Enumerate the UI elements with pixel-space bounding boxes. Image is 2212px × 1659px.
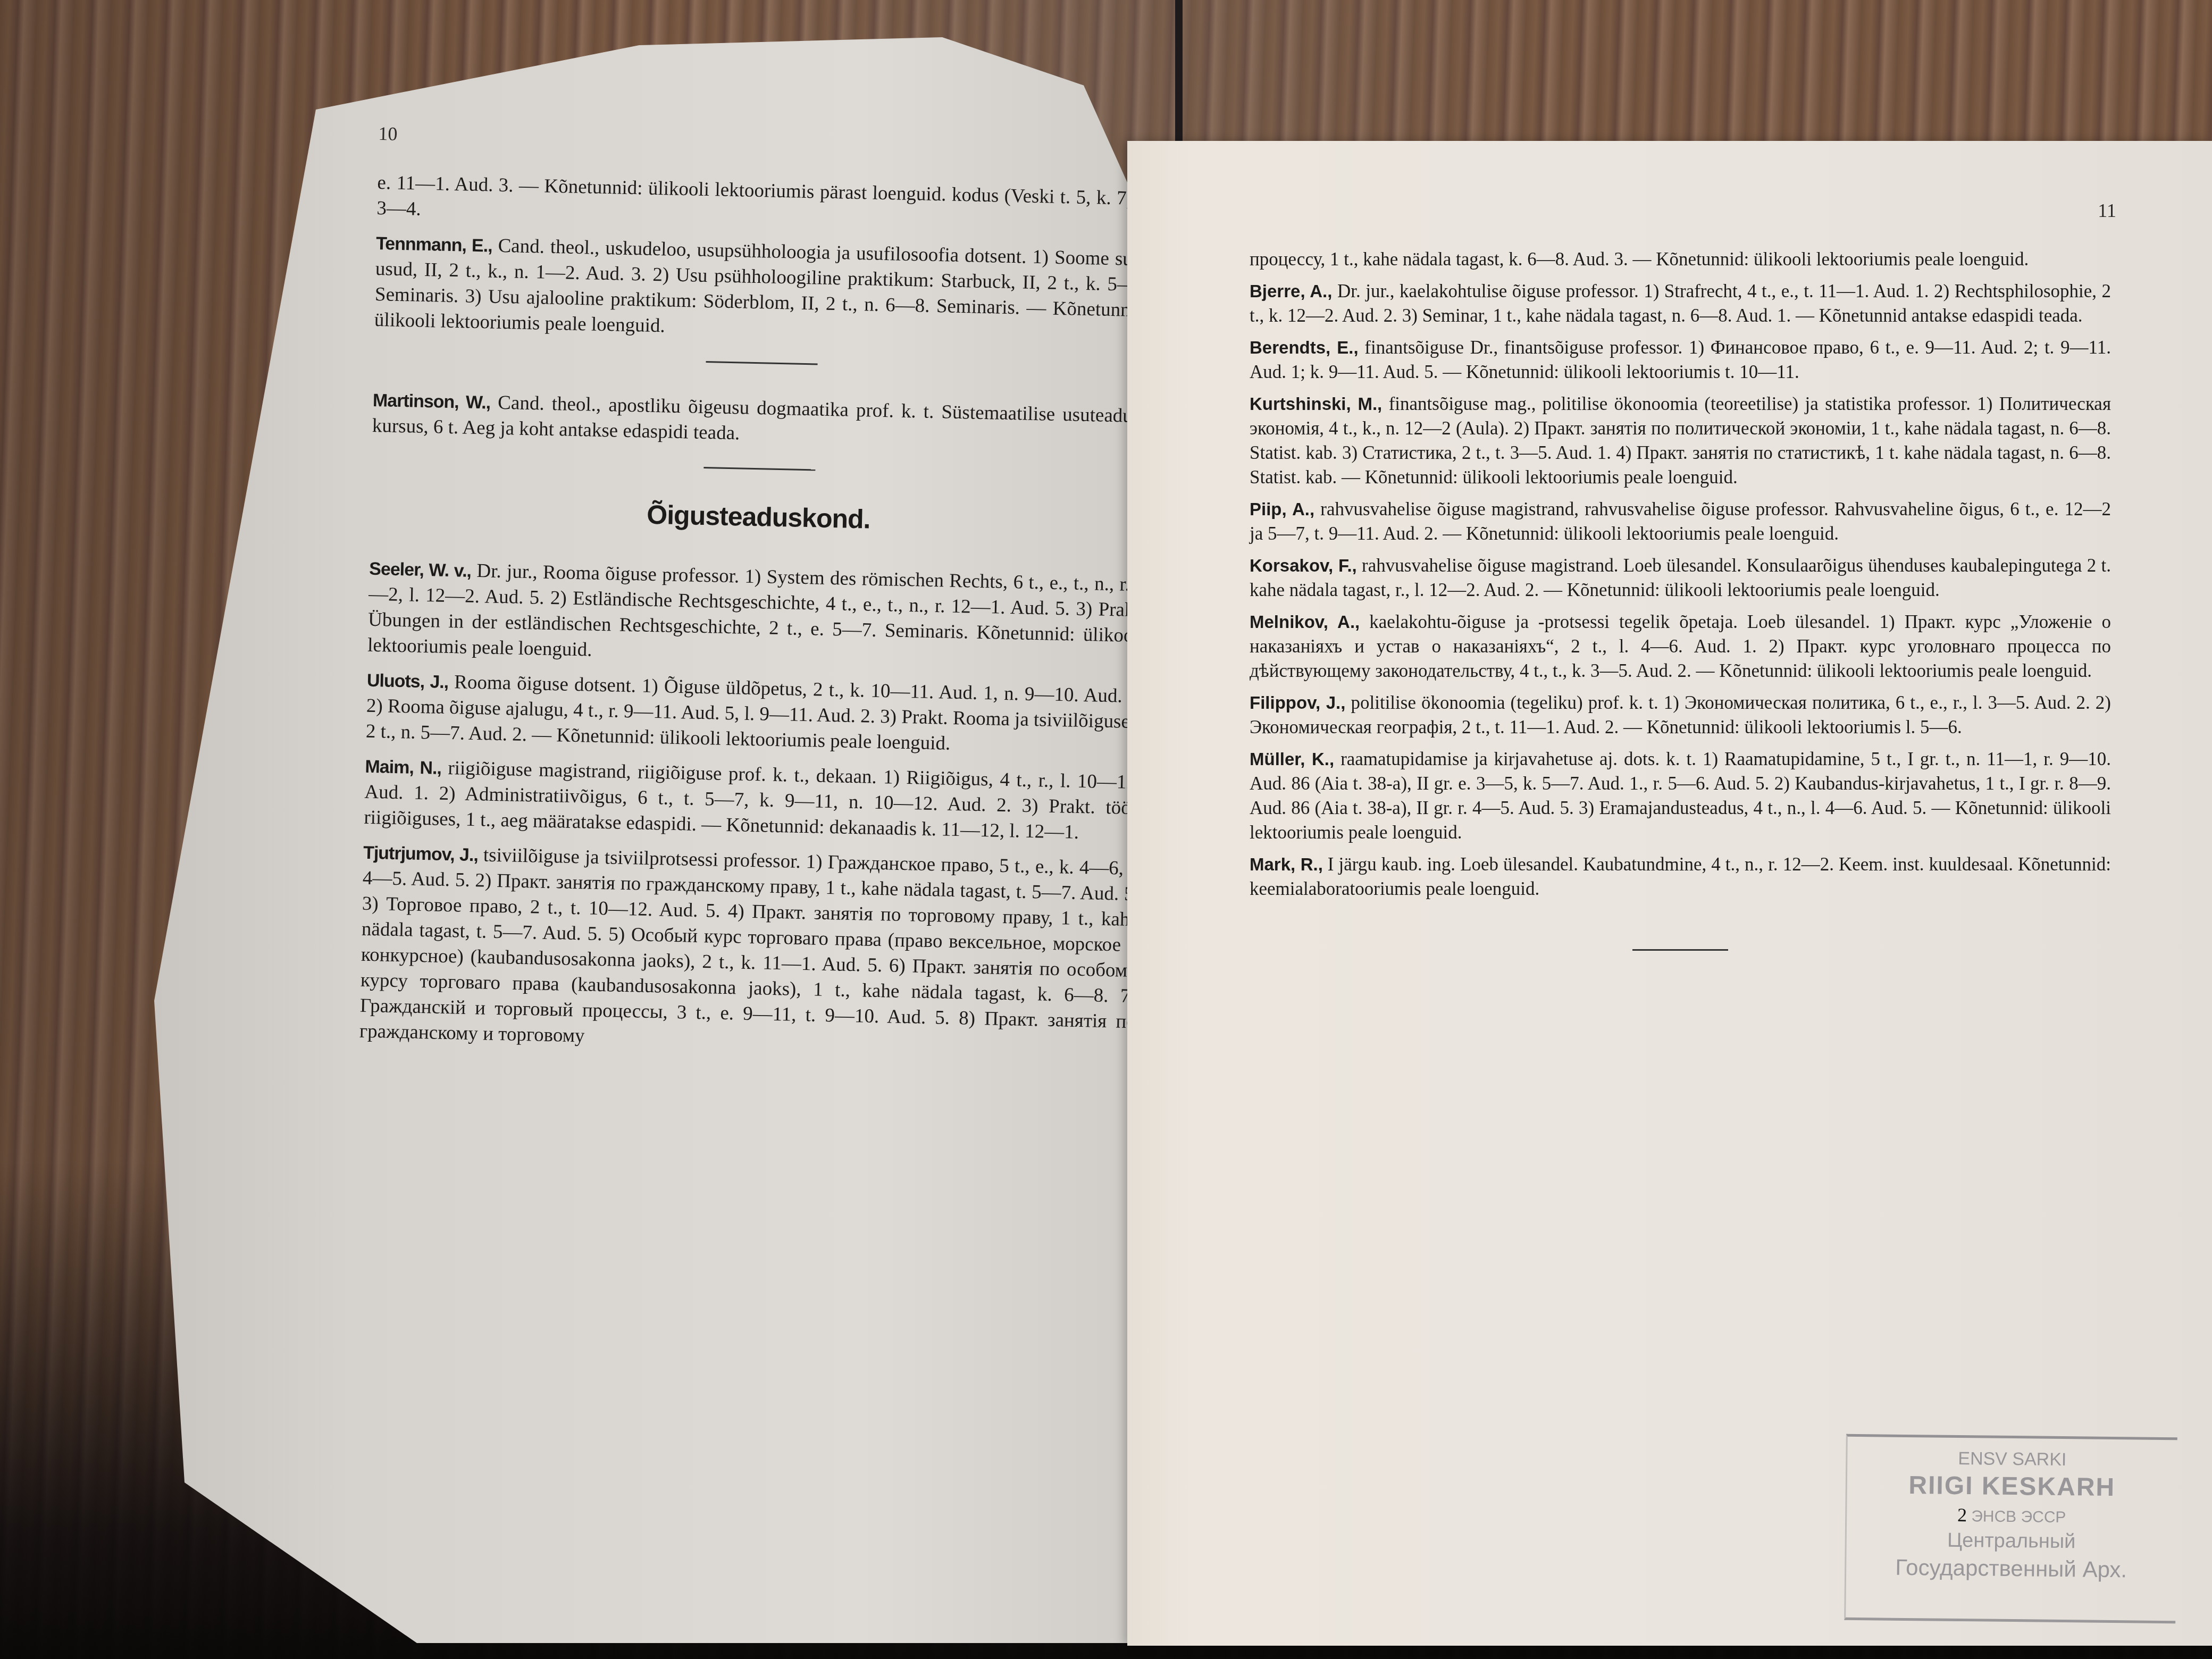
entry-maim: Maim, N., riigiõiguse magistrand, riigiõ… bbox=[364, 754, 1142, 847]
entry-name: Berendts, E., bbox=[1250, 338, 1359, 357]
entry-filippov: Filippov, J., politilise ökonoomia (tege… bbox=[1250, 691, 2111, 740]
right-page: 11 процессу, 1 t., kahe nädala tagast, k… bbox=[1127, 141, 2212, 1646]
table-plank-gap bbox=[1175, 0, 1183, 160]
entry-name: Martinson, W., bbox=[373, 390, 491, 413]
entry-korsakov: Korsakov, F., rahvusvahelise õiguse magi… bbox=[1250, 554, 2111, 602]
entry-name: Korsakov, F., bbox=[1250, 556, 1357, 575]
entry-berendts: Berendts, E., finantsõiguse Dr., finants… bbox=[1250, 336, 2111, 384]
entry-piip: Piip, A., rahvusvahelise õiguse magistra… bbox=[1250, 497, 2111, 546]
entry-seeler: Seeler, W. v., Dr. jur., Rooma õiguse pr… bbox=[367, 556, 1146, 675]
entry-name: Filippov, J., bbox=[1250, 693, 1345, 713]
entry-name: Bjerre, A., bbox=[1250, 281, 1332, 301]
left-page: 10 e. 11—1. Aud. 3. — Kõnetunnid: ülikoo… bbox=[154, 37, 1164, 1643]
divider-line bbox=[703, 467, 815, 471]
page-number-left: 10 bbox=[378, 122, 398, 145]
stamp-number: 2 bbox=[1957, 1504, 1967, 1526]
entry-martinson: Martinson, W., Cand. theol., apostliku õ… bbox=[372, 388, 1149, 455]
entry-tjutrjumov: Tjutrjumov, J., tsiviilõiguse ja tsiviil… bbox=[359, 840, 1140, 1060]
entry-bjerre: Bjerre, A., Dr. jur., kaelakohtulise õig… bbox=[1250, 279, 2111, 328]
entry-mark: Mark, R., I järgu kaub. ing. Loeb ülesan… bbox=[1250, 852, 2111, 901]
entry-melnikov: Melnikov, A., kaelakohtu-õiguse ja -prot… bbox=[1250, 610, 2111, 683]
entry-uluots: Uluots, J., Rooma õiguse dotsent. 1) Õig… bbox=[365, 668, 1143, 761]
entry-name: Tjutrjumov, J., bbox=[363, 843, 479, 866]
entry-tennmann: Tennmann, E., Cand. theol., uskudeloo, u… bbox=[374, 231, 1153, 349]
divider-line bbox=[706, 361, 818, 365]
section-title: Õigusteaduskond. bbox=[370, 493, 1147, 541]
entry-name: Mark, R., bbox=[1250, 854, 1323, 874]
entry-name: Piip, A., bbox=[1250, 499, 1314, 519]
entry-name: Müller, K., bbox=[1250, 749, 1334, 769]
archive-stamp: ENSV SARKI RIIGI KESKARH 2 ЭНСВ ЭССР Цен… bbox=[1844, 1434, 2177, 1624]
entry-name: Tennmann, E., bbox=[376, 233, 492, 256]
left-page-text: 10 e. 11—1. Aud. 3. — Kõnetunnid: ülikoo… bbox=[359, 170, 1153, 1070]
entry-name: Seeler, W. v., bbox=[369, 559, 472, 581]
entry-name: Kurtshinski, M., bbox=[1250, 394, 1382, 414]
entry-continuation: e. 11—1. Aud. 3. — Kõnetunnid: ülikooli … bbox=[376, 170, 1154, 238]
divider-line bbox=[1632, 949, 1728, 951]
entry-continuation: процессу, 1 t., kahe nädala tagast, k. 6… bbox=[1250, 247, 2111, 272]
page-number-right: 11 bbox=[2098, 199, 2116, 222]
right-page-text: 11 процессу, 1 t., kahe nädala tagast, k… bbox=[1250, 205, 2111, 983]
entry-name: Melnikov, A., bbox=[1250, 612, 1360, 632]
entry-muller: Müller, K., raamatupidamise ja kirjavahe… bbox=[1250, 747, 2111, 845]
entry-name: Uluots, J., bbox=[366, 671, 448, 692]
entry-name: Maim, N., bbox=[365, 757, 441, 778]
entry-kurtshinski: Kurtshinski, M., finantsõiguse mag., pol… bbox=[1250, 392, 2111, 490]
